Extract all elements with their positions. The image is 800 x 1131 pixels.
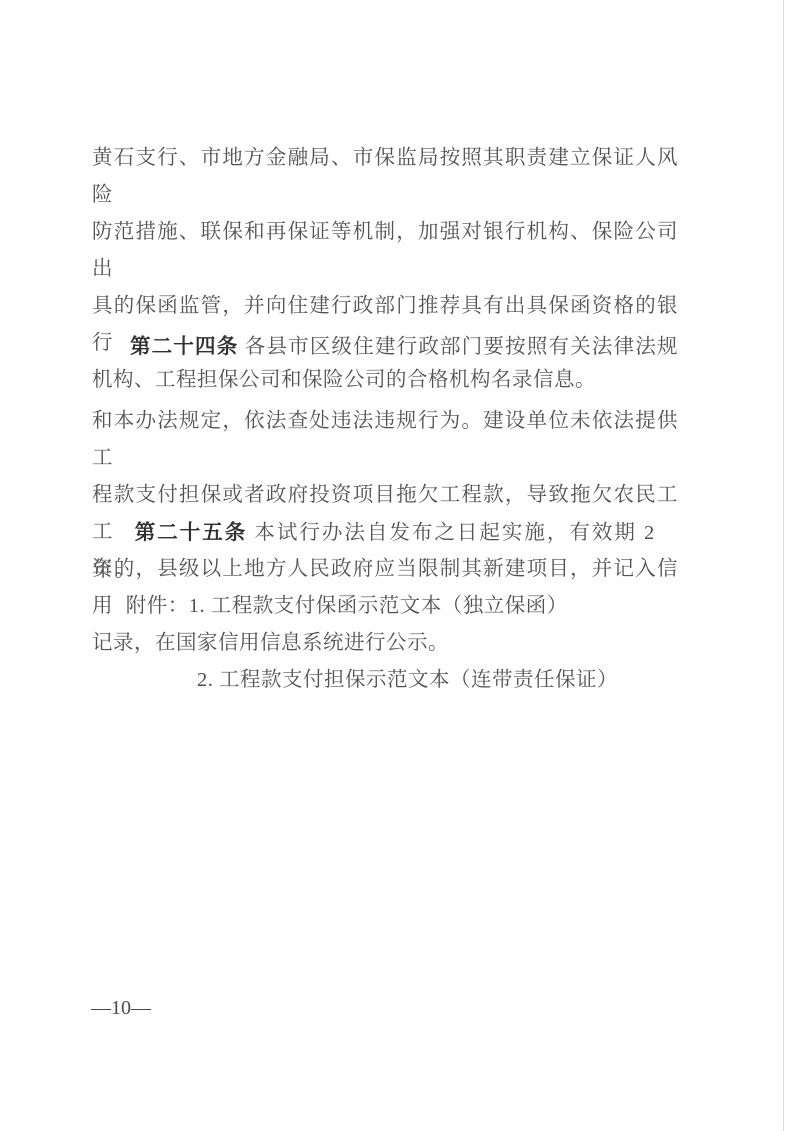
document-page: 黄石支行、市地方金融局、市保监局按照其职责建立保证人风险 防范措施、联保和再保证… <box>0 0 800 1131</box>
attachment-line: 附件：1. 工程款支付保函示范文本（独立保函） <box>92 551 678 662</box>
page-number: —10— <box>91 994 151 1022</box>
attachments-label: 附件： <box>126 595 189 617</box>
body-text-line: 第二十四条 各县市区级住建行政部门要按照有关法律法规 <box>92 292 678 403</box>
scan-edge-artifact <box>783 0 784 1131</box>
body-text-line: 黄石支行、市地方金融局、市保监局按照其职责建立保证人风险 <box>92 140 678 214</box>
attachments-block: 附件：1. 工程款支付保函示范文本（独立保函） 2. 工程款支付担保示范文本（连… <box>92 551 678 699</box>
article-25-heading: 第二十五条 <box>135 522 248 544</box>
article-24-first-line-text: 各县市区级住建行政部门要按照有关法律法规 <box>238 336 678 358</box>
attachment-item-2: 2. 工程款支付担保示范文本（连带责任保证） <box>92 662 678 699</box>
body-text-line: 和本办法规定，依法查处违法违规行为。建设单位未依法提供工 <box>92 403 678 477</box>
body-text-line: 防范措施、联保和再保证等机制，加强对银行机构、保险公司出 <box>92 214 678 288</box>
article-24-heading: 第二十四条 <box>130 336 239 358</box>
attachment-item-1: 1. 工程款支付保函示范文本（独立保函） <box>189 595 568 617</box>
